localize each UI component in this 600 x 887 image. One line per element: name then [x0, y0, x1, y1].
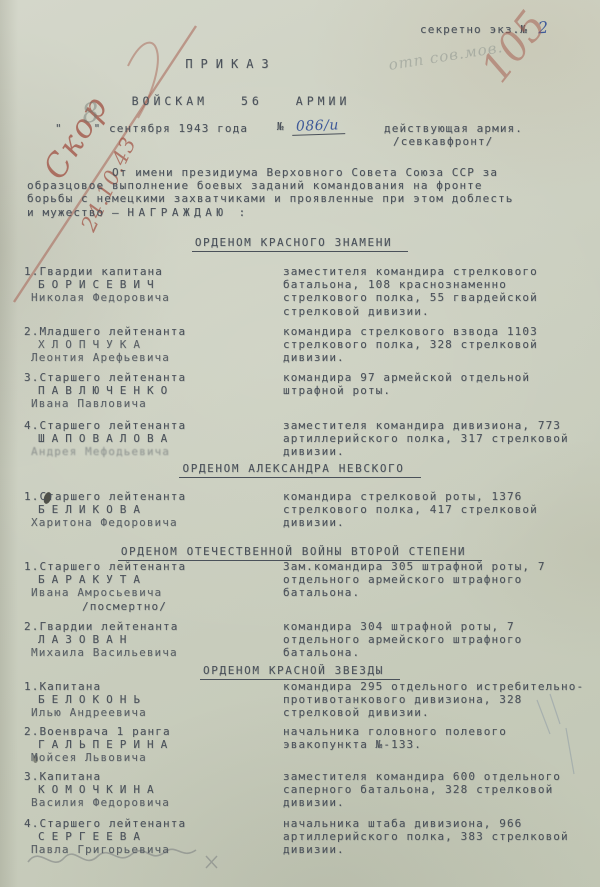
entry-patronymic: Илью Андреевича	[24, 706, 283, 719]
entry-surname: ЛАЗОВАН	[24, 633, 283, 646]
entry-patronymic: Михаила Васильевича	[24, 646, 283, 659]
entry-rank: 2.Гвардии лейтенанта	[24, 620, 283, 633]
award-entry: 3.Старшего лейтенанта ПАВЛЮЧЕНКО Ивана П…	[24, 371, 585, 411]
entry-rank: 3.Старшего лейтенанта	[24, 371, 283, 384]
entry-duty: командира 304 штрафной роты, 7 отдельног…	[283, 620, 585, 660]
entry-duty: заместителя командира дивизиона, 773 арт…	[283, 419, 585, 459]
entry-person: 2.Младшего лейтенанта ХЛОПЧУКА Леонтия А…	[24, 325, 283, 365]
entry-patronymic: Николая Федоровича	[24, 291, 283, 304]
entry-surname: БЕЛИКОВА	[24, 503, 283, 516]
field-army-note-line1: действующая армия.	[384, 122, 523, 135]
entry-duty: начальника головного полевого эвакопункт…	[283, 725, 585, 765]
entry-person: 3.Старшего лейтенанта ПАВЛЮЧЕНКО Ивана П…	[24, 371, 283, 411]
preamble: От имени президиума Верховного Совета Со…	[27, 166, 519, 219]
award-verb: НАГРАЖДАЮ :	[127, 206, 249, 219]
entry-person: 2.Гвардии лейтенанта ЛАЗОВАН Михаила Вас…	[24, 620, 283, 660]
entry-rank: 4.Старшего лейтенанта	[24, 817, 283, 830]
entry-surname: БЕЛОКОНЬ	[24, 693, 283, 706]
section-title-text: ОРДЕНОМ КРАСНОЙ ЗВЕЗДЫ	[200, 664, 400, 680]
entry-surname: БОРИСЕВИЧ	[24, 278, 283, 291]
entry-person: 1.Старшего лейтенанта БАРАКУТА Ивана Амр…	[24, 560, 283, 613]
entry-patronymic: Ивана Амросьевича	[24, 586, 283, 599]
entry-person: 1.Гвардии капитана БОРИСЕВИЧ Николая Фед…	[24, 265, 283, 318]
entry-rank: 4.Старшего лейтенанта	[24, 419, 283, 432]
entry-surname: КОМОЧКИНА	[24, 783, 283, 796]
entry-duty: командира стрелковой роты, 1376 стрелков…	[283, 490, 585, 530]
section-title-text: ОРДЕНОМ КРАСНОГО ЗНАМЕНИ	[192, 236, 408, 252]
entry-patronymic: Василия Федоровича	[24, 796, 283, 809]
section-title-text: ОРДЕНОМ АЛЕКСАНДРА НЕВСКОГО	[179, 462, 420, 478]
entry-duty: командира 295 отдельного истребительно-п…	[283, 680, 585, 720]
entry-patronymic: Харитона Федоровича	[24, 516, 283, 529]
entry-duty: заместителя командира стрелкового баталь…	[283, 265, 585, 318]
order-date: " " сентября 1943 года	[55, 122, 248, 135]
order-addressee: ВОЙСКАМ 56 АРМИИ	[0, 95, 482, 108]
preamble-text: От имени президиума Верховного Совета Со…	[27, 166, 514, 219]
award-entry: 1.Старшего лейтенанта БАРАКУТА Ивана Амр…	[24, 560, 585, 613]
section-title-text: ОРДЕНОМ ОТЕЧЕСТВЕННОЙ ВОЙНЫ ВТОРОЙ СТЕПЕ…	[118, 545, 482, 561]
entry-duty: Зам.командира 305 штрафной роты, 7 отдел…	[283, 560, 585, 613]
entry-surname: СЕРГЕЕВА	[24, 830, 283, 843]
award-entry: 1.Старшего лейтенанта БЕЛИКОВА Харитона …	[24, 490, 585, 530]
entry-patronymic: Ивана Павловича	[24, 397, 283, 410]
order-number: № 086/и	[277, 120, 345, 135]
award-entry: 4.Старшего лейтенанта СЕРГЕЕВА Павла Гри…	[24, 817, 585, 857]
entry-duty: заместителя командира 600 отдельного сап…	[283, 770, 585, 810]
entry-duty: начальника штаба дивизиона, 966 артиллер…	[283, 817, 585, 857]
entry-person: 4.Старшего лейтенанта СЕРГЕЕВА Павла Гри…	[24, 817, 283, 857]
award-entry: 2.Младшего лейтенанта ХЛОПЧУКА Леонтия А…	[24, 325, 585, 365]
entry-rank: 2.Младшего лейтенанта	[24, 325, 283, 338]
entry-surname: ШАПОВАЛОВА	[24, 432, 283, 445]
section-title-alexander-nevsky: ОРДЕНОМ АЛЕКСАНДРА НЕВСКОГО	[0, 462, 600, 478]
entry-rank: 1.Капитана	[24, 680, 283, 693]
order-number-value: 086/и	[292, 119, 345, 136]
field-army-note-line2: /севкавфронт/	[393, 135, 493, 148]
entry-patronymic: Андрея Мефодьевича	[24, 445, 283, 458]
entry-duty: командира стрелкового взвода 1103 стрелк…	[283, 325, 585, 365]
entry-patronymic: Павла Григорьевича	[24, 843, 283, 856]
order-title: ПРИКАЗ	[0, 58, 462, 71]
red-page-number: 105	[473, 3, 556, 91]
entry-rank: 2.Военврача 1 ранга	[24, 725, 283, 738]
entry-patronymic: Мойсея Львовича	[24, 751, 283, 764]
entry-posthumous-note: /посмертно/	[24, 600, 283, 613]
entry-person: 2.Военврача 1 ранга ГАЛЬПЕРИНА Мойсея Ль…	[24, 725, 283, 765]
award-entry: 3.Капитана КОМОЧКИНА Василия Федоровича …	[24, 770, 585, 810]
entry-surname: ГАЛЬПЕРИНА	[24, 738, 283, 751]
entry-rank: 1.Старшего лейтенанта	[24, 490, 283, 503]
entry-surname: ХЛОПЧУКА	[24, 338, 283, 351]
entry-person: 4.Старшего лейтенанта ШАПОВАЛОВА Андрея …	[24, 419, 283, 459]
entry-rank: 1.Гвардии капитана	[24, 265, 283, 278]
section-title-patriotic-war-2nd: ОРДЕНОМ ОТЕЧЕСТВЕННОЙ ВОЙНЫ ВТОРОЙ СТЕПЕ…	[0, 545, 600, 561]
entry-person: 1.Капитана БЕЛОКОНЬ Илью Андреевича	[24, 680, 283, 720]
entry-surname: БАРАКУТА	[24, 573, 283, 586]
entry-rank: 3.Капитана	[24, 770, 283, 783]
section-title-red-star: ОРДЕНОМ КРАСНОЙ ЗВЕЗДЫ	[0, 664, 600, 680]
award-entry: 1.Капитана БЕЛОКОНЬ Илью Андреевича кома…	[24, 680, 585, 720]
award-entry: 4.Старшего лейтенанта ШАПОВАЛОВА Андрея …	[24, 419, 585, 459]
entry-person: 1.Старшего лейтенанта БЕЛИКОВА Харитона …	[24, 490, 283, 530]
entry-patronymic: Леонтия Арефьевича	[24, 351, 283, 364]
section-title-red-banner: ОРДЕНОМ КРАСНОГО ЗНАМЕНИ	[0, 236, 600, 252]
award-entry: 2.Гвардии лейтенанта ЛАЗОВАН Михаила Вас…	[24, 620, 585, 660]
entry-rank: 1.Старшего лейтенанта	[24, 560, 283, 573]
award-entry: 2.Военврача 1 ранга ГАЛЬПЕРИНА Мойсея Ль…	[24, 725, 585, 765]
entry-person: 3.Капитана КОМОЧКИНА Василия Федоровича	[24, 770, 283, 810]
award-entry: 1.Гвардии капитана БОРИСЕВИЧ Николая Фед…	[24, 265, 585, 318]
pencil-x-mark	[206, 856, 217, 868]
number-sign: №	[277, 120, 285, 133]
entry-surname: ПАВЛЮЧЕНКО	[24, 384, 283, 397]
entry-duty: командира 97 армейской отдельной штрафно…	[283, 371, 585, 411]
order-document-page: секретно экз.№2 Скор 24.10.43 8 отп сов.…	[0, 0, 600, 887]
